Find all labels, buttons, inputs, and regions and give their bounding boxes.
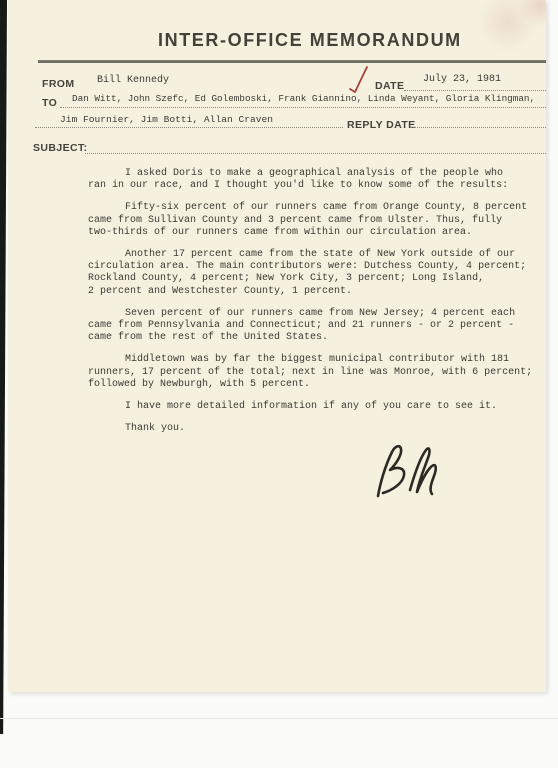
body-line: Seven percent of our runners came from N… <box>88 308 540 320</box>
paragraph-more-info: I have more detailed information if any … <box>88 401 540 413</box>
body-line: ran in our race, and I thought you'd lik… <box>88 180 540 192</box>
paragraph-orange-county: Fifty-six percent of our runners came fr… <box>88 202 540 239</box>
memo-paper: INTER-OFFICE MEMORANDUM FROM Bill Kenned… <box>8 0 546 692</box>
memo-body: I asked Doris to make a geographical ana… <box>88 168 540 445</box>
body-line: Fifty-six percent of our runners came fr… <box>88 202 540 214</box>
paragraph-other-states: Seven percent of our runners came from N… <box>88 308 540 345</box>
body-line: I asked Doris to make a geographical ana… <box>88 168 540 180</box>
paragraph-intro: I asked Doris to make a geographical ana… <box>88 168 540 192</box>
body-line: circulation area. The main contributors … <box>88 261 540 273</box>
body-line: Rockland County, 4 percent; New York Cit… <box>88 273 540 285</box>
subject-label: SUBJECT: <box>33 142 88 154</box>
paragraph-thanks: Thank you. <box>88 423 540 435</box>
paragraph-new-york-state: Another 17 percent came from the state o… <box>88 249 540 298</box>
header-rule <box>38 60 546 63</box>
to-line2-rule <box>35 126 343 128</box>
body-line: followed by Newburgh, with 5 percent. <box>88 379 540 391</box>
date-label: DATE <box>375 80 404 92</box>
body-line: I have more detailed information if any … <box>88 401 540 413</box>
scanner-bed-line <box>0 718 558 719</box>
to-value-line1: Dan Witt, John Szefc, Ed Golemboski, Fra… <box>72 93 535 104</box>
body-line: runners, 17 percent of the total; next i… <box>88 367 540 379</box>
body-line: Middletown was by far the biggest munici… <box>88 354 540 366</box>
scanned-memo-page: { "memo": { "title": "INTER-OFFICE MEMOR… <box>0 0 558 768</box>
body-line: came from Pennsylvania and Connecticut; … <box>88 320 540 332</box>
subject-line <box>85 152 546 154</box>
body-line: Thank you. <box>88 423 540 435</box>
reply-date-line <box>410 126 546 128</box>
to-label: TO <box>42 97 57 109</box>
body-line: came from the rest of the United States. <box>88 332 540 344</box>
date-line <box>404 89 546 91</box>
body-line: Another 17 percent came from the state o… <box>88 249 540 261</box>
from-label: FROM <box>42 78 75 90</box>
scan-edge-strip <box>0 0 7 734</box>
to-line1-rule <box>60 106 546 108</box>
reply-date-label: REPLY DATE <box>347 119 416 131</box>
memo-title: INTER-OFFICE MEMORANDUM <box>158 30 462 51</box>
body-line: two-thirds of our runners came from with… <box>88 227 540 239</box>
from-value: Bill Kennedy <box>97 75 169 86</box>
body-line: came from Sullivan County and 3 percent … <box>88 215 540 227</box>
date-value: July 23, 1981 <box>423 74 501 85</box>
signature-icon <box>366 440 446 507</box>
paragraph-municipal: Middletown was by far the biggest munici… <box>88 354 540 391</box>
body-line: 2 percent and Westchester County, 1 perc… <box>88 286 540 298</box>
to-value-line2: Jim Fournier, Jim Botti, Allan Craven <box>60 114 273 125</box>
